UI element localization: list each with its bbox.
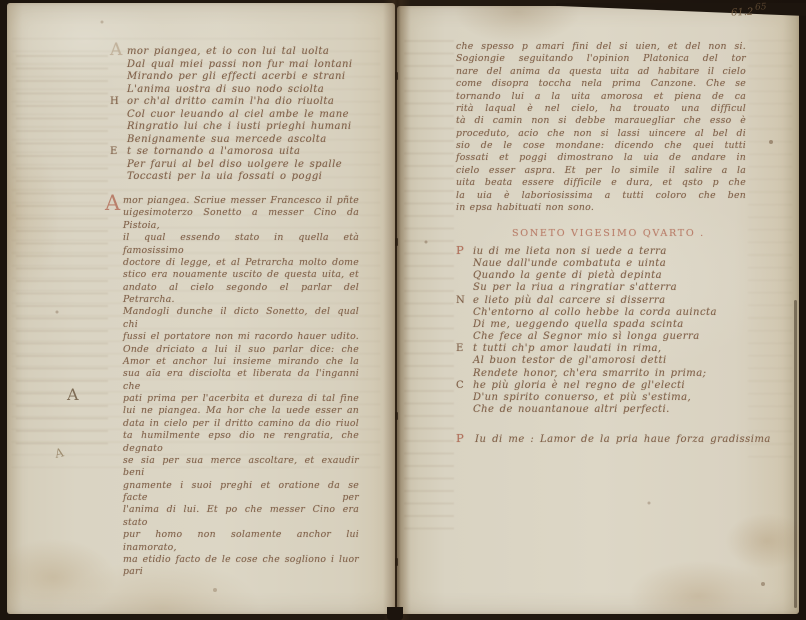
verse-line: Al buon testor de gl'amorosi detti <box>456 355 736 367</box>
commentary-line: stico era nouamente uscito de questa uit… <box>123 269 359 281</box>
commentary-initial-letter: A <box>105 191 120 215</box>
verse-text: Quando la gente di pietà depinta <box>473 270 662 281</box>
commentary-line: andato al cielo segondo el parlar del Pe… <box>123 282 359 307</box>
verse-text: Al buon testor de gl'amorosi detti <box>473 355 667 366</box>
right-commentary-lines: che spesso p amari fini del si uien, et … <box>456 41 746 214</box>
verse-text: L'anima uostra di suo nodo sciolta <box>127 84 324 95</box>
verse-line: Amor piangea, et io con lui tal uolta <box>110 43 360 59</box>
verse-text: Su per la riua a ringratiar s'atterra <box>473 282 677 293</box>
verse-line: Dal qual miei passi non fur mai lontani <box>110 59 360 72</box>
verse-initial: A <box>110 44 127 57</box>
verse-line: Et se tornando a l'amorosa uita <box>110 146 360 159</box>
commentary-line: rità laqual è nel cielo, ha trouato una … <box>456 103 746 115</box>
incipit-initial-letter: P <box>456 431 473 445</box>
verse-text: Per farui al bel diso uolgere le spalle <box>127 159 342 170</box>
verse-initial: C <box>456 380 473 392</box>
verse-text: Toccasti per la uia fossati o poggi <box>127 171 322 182</box>
verse-text: t se tornando a l'amorosa uita <box>127 146 300 157</box>
incipit-text: Iu di me : Lamor de la pria haue forza g… <box>475 434 771 445</box>
verse-line: Toccasti per la uia fossati o poggi <box>110 171 360 184</box>
verse-line: Mirando per gli effecti acerbi e strani <box>110 71 360 84</box>
commentary-line: in epsa habituati non sono. <box>456 202 746 214</box>
verse-text: Che de nouantanoue altri perfecti. <box>473 404 670 415</box>
commentary-line: proceduto, acio che non si lassi uincere… <box>456 128 746 140</box>
verse-line: Che più gloria è nel regno de gl'electi <box>456 380 736 392</box>
right-commentary-block: che spesso p amari fini del si uien, et … <box>456 41 746 214</box>
verse-initial: E <box>456 343 473 355</box>
verse-line: Et tutti ch'p amor laudati in rima, <box>456 343 736 355</box>
commentary-line: cielo esser aspra. Et per lo simile il s… <box>456 165 746 177</box>
verse-line: Hor ch'al dritto camin l'ha dio riuolta <box>110 96 360 109</box>
commentary-line: l'anima di lui. Et po che messer Cino er… <box>123 504 359 529</box>
commentary-line: pati prima per l'acerbita et dureza di t… <box>123 393 359 405</box>
verse-line: Ne lieto più dal carcere si disserra <box>456 295 736 307</box>
commentary-line: se sia per sua merce ascoltare, et exaud… <box>123 455 359 480</box>
binding-stitch <box>395 238 398 246</box>
verse-line: Su per la riua a ringratiar s'atterra <box>456 282 736 294</box>
verse-line: Benignamente sua mercede ascolta <box>110 134 360 147</box>
verse-text: D'un spirito conuerso, et più s'estima, <box>473 392 691 403</box>
commentary-line: ma etidio facto de le cose che sogliono … <box>123 554 359 579</box>
commentary-line: fossati et poggi dimostrano la uia de an… <box>456 152 746 164</box>
left-commentary-block: A mor piangea. Scriue messer Francesco i… <box>123 195 359 579</box>
commentary-line: il qual essendo stato in quella età famo… <box>123 232 359 257</box>
folio-number: 61.265 <box>731 6 765 18</box>
right-sonnet-block: Piu di me lieta non si uede a terra Naue… <box>456 244 736 416</box>
left-sonnet-block: Amor piangea, et io con lui tal uolta Da… <box>110 43 360 184</box>
commentary-line: tà di camin non si debbe marauegliar che… <box>456 115 746 127</box>
verse-text: Che fece al Segnor mio sì longa guerra <box>473 331 700 342</box>
binding-stitch <box>395 412 398 420</box>
commentary-line: nare del anima da questa uita ad habitar… <box>456 66 746 78</box>
verse-line: Piu di me lieta non si uede a terra <box>456 244 736 258</box>
commentary-line: uita beata essere difficile e dura, et q… <box>456 177 746 189</box>
folio-old: 65 <box>755 2 767 12</box>
verse-text: Di me, ueggendo quella spada scinta <box>473 319 684 330</box>
verse-text: mor piangea, et io con lui tal uolta <box>127 46 329 57</box>
verse-line: Col cuor leuando al ciel ambe le mane <box>110 109 360 122</box>
verse-line: Ringratio lui che i iusti prieghi humani <box>110 121 360 134</box>
verse-text: Benignamente sua mercede ascolta <box>127 134 327 145</box>
verse-initial: E <box>110 146 127 159</box>
verse-text: Col cuor leuando al ciel ambe le mane <box>127 109 349 120</box>
verse-text: Mirando per gli effecti acerbi e strani <box>127 71 346 82</box>
commentary-line: ta humilmente epso dio ne rengratia, che… <box>123 430 359 455</box>
commentary-line: Mandogli dunche il dicto Sonetto, del qu… <box>123 306 359 331</box>
verse-line: Per farui al bel diso uolgere le spalle <box>110 159 360 172</box>
verse-line: Ch'entorno al collo hebbe la corda auinc… <box>456 307 736 319</box>
page-edge-line-right <box>794 300 797 608</box>
commentary-line: che spesso p amari fini del si uien, et … <box>456 41 746 53</box>
verse-text: he più gloria è nel regno de gl'electi <box>473 380 685 391</box>
commentary-line: uigesimoterzo Sonetto a messer Cino da P… <box>123 207 359 232</box>
verse-text: Naue dall'unde combatuta e uinta <box>473 258 666 269</box>
commentary-line: mor piangea. Scriue messer Francesco il … <box>123 195 359 207</box>
commentary-line: gnamente i suoi preghi et oratione da se… <box>123 480 359 505</box>
sonnet-heading-rubric: SONETO VIGESIMO QVARTO . <box>456 228 806 239</box>
commentary-line: come disopra toccha nela prima Canzone. … <box>456 78 746 90</box>
verse-line: Che fece al Segnor mio sì longa guerra <box>456 331 736 343</box>
verse-line: Naue dall'unde combatuta e uinta <box>456 258 736 270</box>
verse-line: D'un spirito conuerso, et più s'estima, <box>456 392 736 404</box>
commentary-line: Onde driciato a lui il suo parlar dice: … <box>123 344 359 356</box>
commentary-line: fussi el portatore non mi racordo hauer … <box>123 331 359 343</box>
verse-text: e lieto più dal carcere si disserra <box>473 295 666 306</box>
commentary-line: lui ne piangea. Ma hor che la uede esser… <box>123 405 359 417</box>
binding-stitch <box>395 72 398 80</box>
ink-specks <box>0 0 2 2</box>
verse-text: t tutti ch'p amor laudati in rima, <box>473 343 662 354</box>
verse-line: Quando la gente di pietà depinta <box>456 270 736 282</box>
commentary-line: la uia è laboriosissima a tutti coloro c… <box>456 190 746 202</box>
verse-line: Rendete honor, ch'era smarrito in prima; <box>456 368 736 380</box>
commentary-line: data in cielo per il dritto camino da di… <box>123 418 359 430</box>
commentary-line: pur homo non solamente anchor lui inamor… <box>123 529 359 554</box>
manuscript-photo: 61.265 Amor piangea, et io con lui tal u… <box>0 0 806 620</box>
verse-text: Dal qual miei passi non fur mai lontani <box>127 59 353 70</box>
commentary-line: Sogiongie seguitando l'opinion Platonica… <box>456 53 746 65</box>
verse-text: Rendete honor, ch'era smarrito in prima; <box>473 368 706 379</box>
verse-text: Ringratio lui che i iusti prieghi humani <box>127 121 352 132</box>
verse-line: L'anima uostra di suo nodo sciolta <box>110 84 360 97</box>
verse-initial: H <box>110 96 127 109</box>
commentary-line: sio de le cose mondane: dicendo che quei… <box>456 140 746 152</box>
verse-initial: P <box>456 244 473 256</box>
folio-modern: 61.2 <box>731 7 754 19</box>
commentary-incipit-line: PIu di me : Lamor de la pria haue forza … <box>456 431 766 445</box>
verse-text: iu di me lieta non si uede a terra <box>473 246 667 257</box>
commentary-line: Amor et anchor lui insieme mirando che l… <box>123 356 359 368</box>
left-commentary-lines: mor piangea. Scriue messer Francesco il … <box>123 195 359 579</box>
gutter-bottom-notch <box>387 607 403 620</box>
verse-text: or ch'al dritto camin l'ha dio riuolta <box>127 96 334 107</box>
commentary-line: doctore di legge, et al Petrarcha molto … <box>123 257 359 269</box>
binding-stitch <box>395 558 398 566</box>
verse-initial: N <box>456 295 473 307</box>
margin-letter-a: A <box>67 385 79 404</box>
verse-text: Ch'entorno al collo hebbe la corda auinc… <box>473 307 717 318</box>
verse-line: Che de nouantanoue altri perfecti. <box>456 404 736 416</box>
commentary-line: sua aīa era disciolta et liberata da l'i… <box>123 368 359 393</box>
verse-line: Di me, ueggendo quella spada scinta <box>456 319 736 331</box>
commentary-line: tornando lui a la uita amorosa et piena … <box>456 91 746 103</box>
